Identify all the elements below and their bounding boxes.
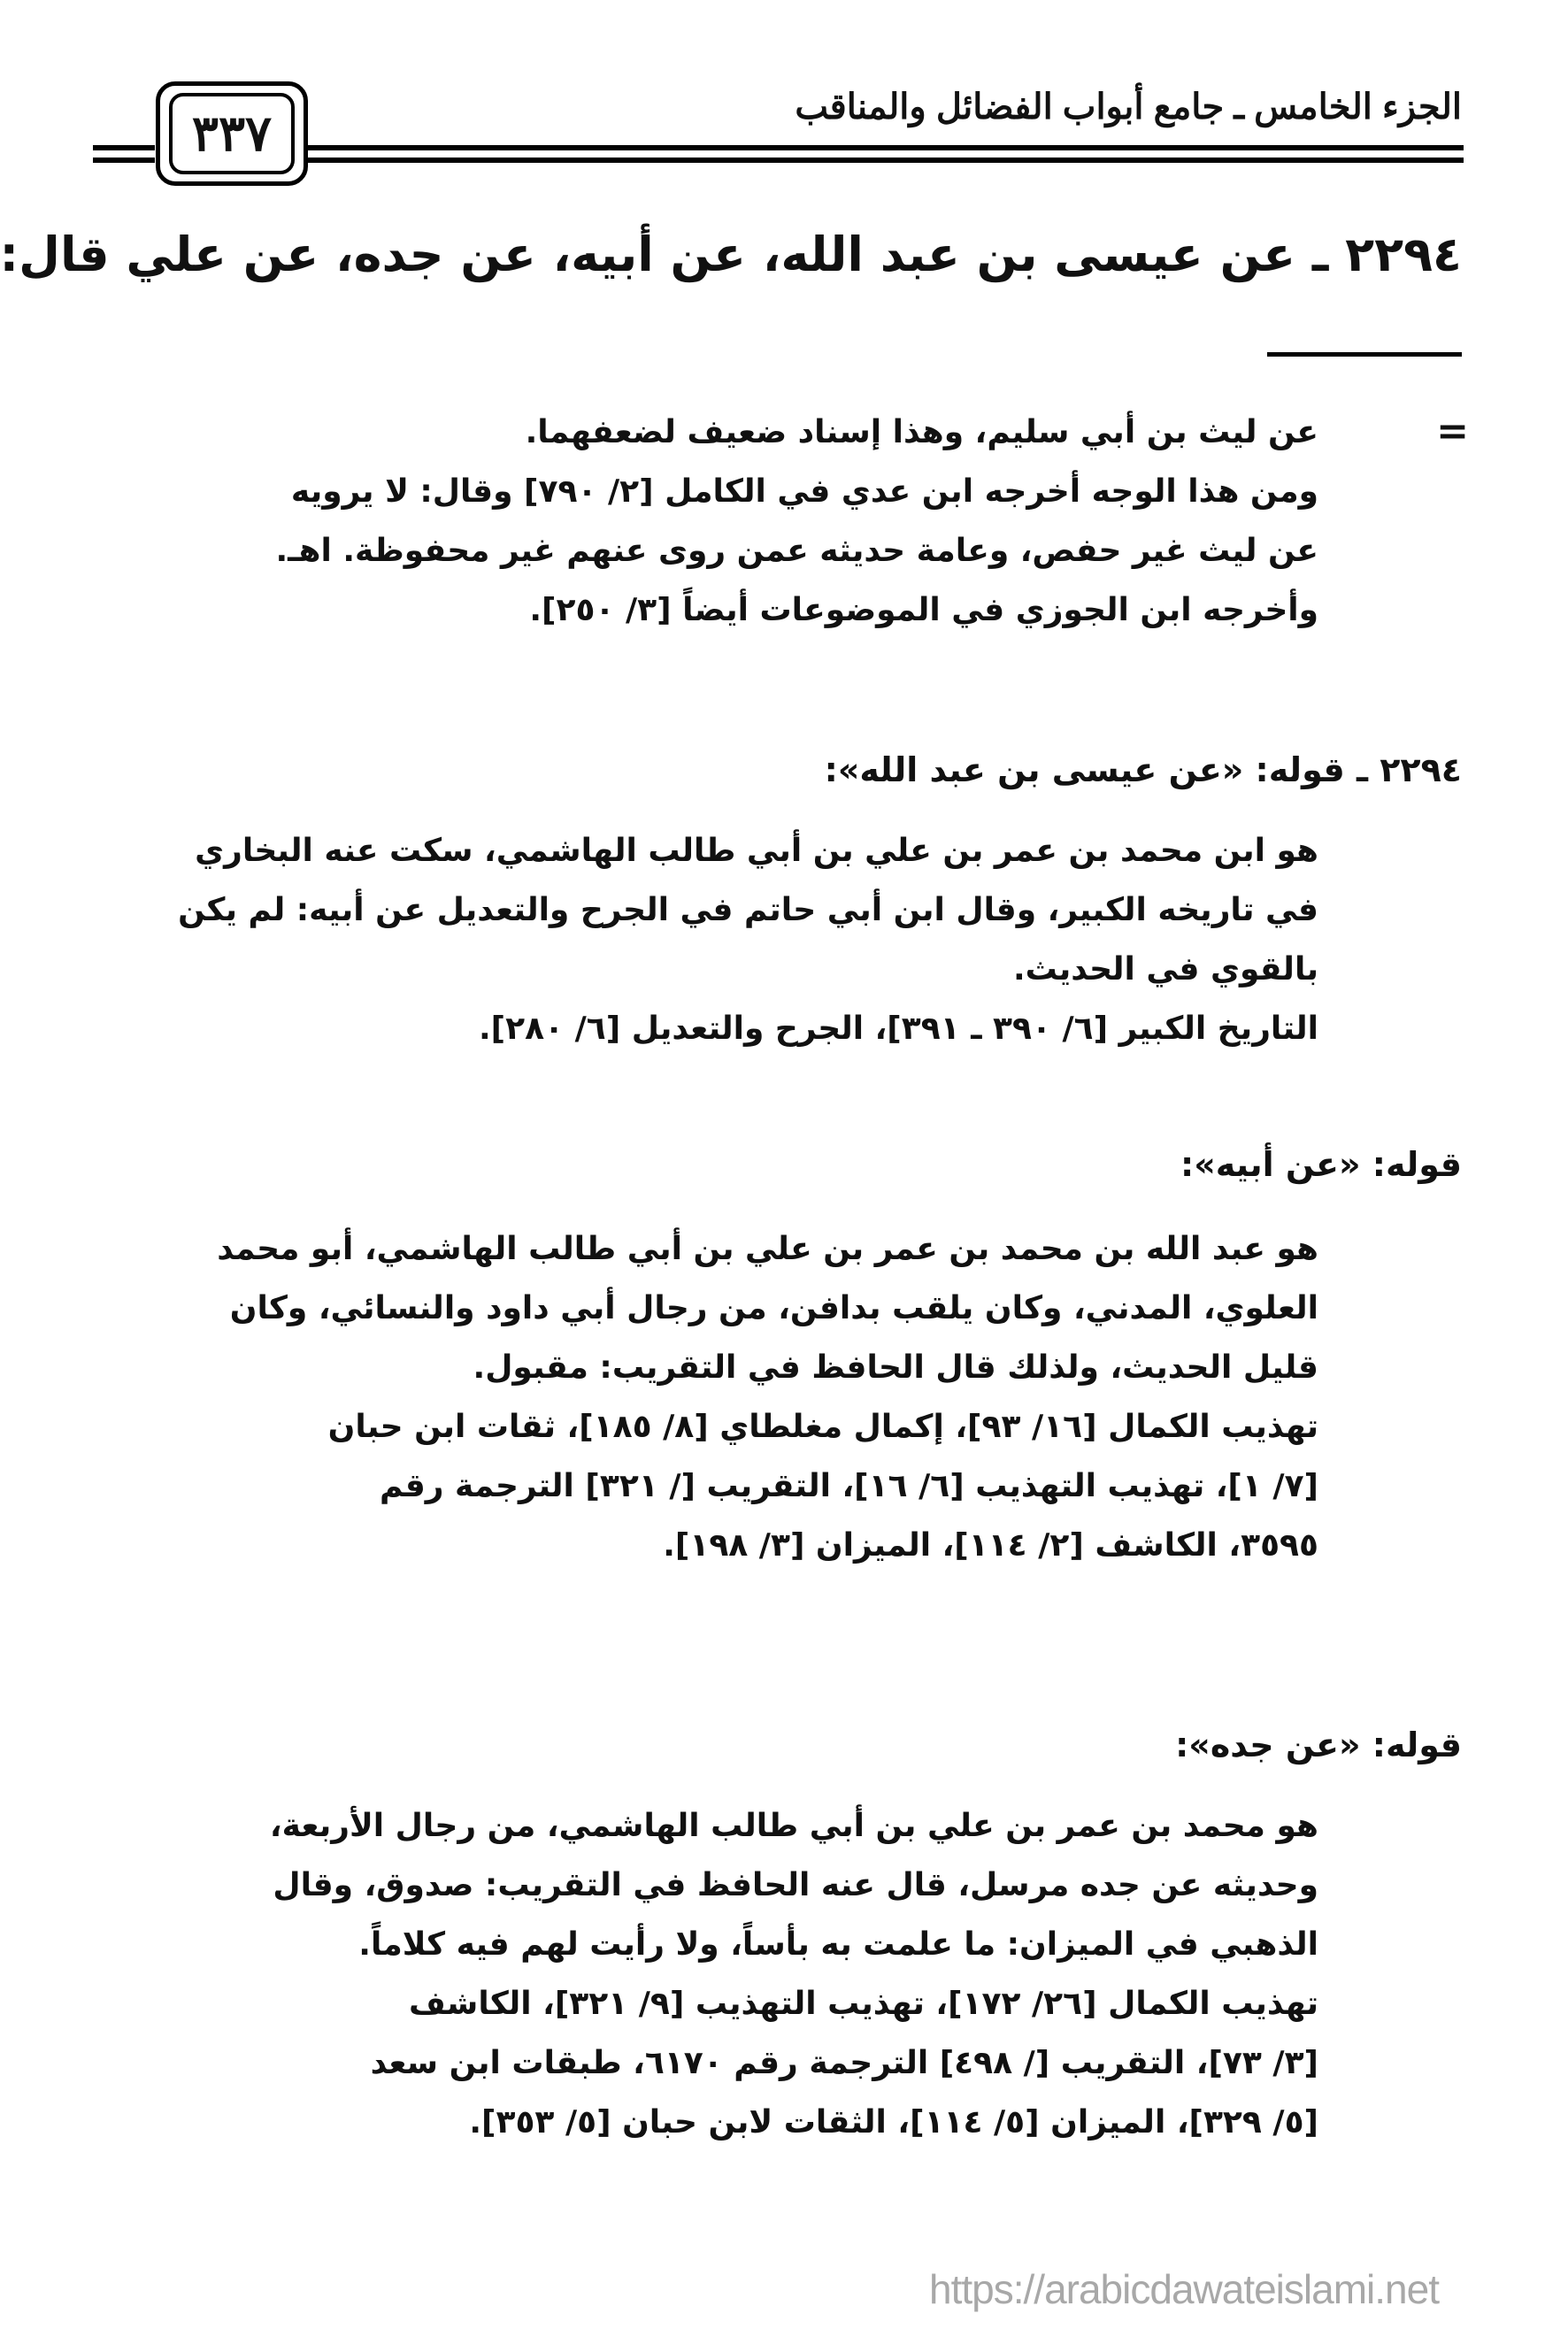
watermark-url: https://arabicdawateislami.net: [929, 2265, 1439, 2313]
header-rule: [93, 158, 155, 163]
text-line: عن ليث بن أبي سليم، وهذا إسناد ضعيف لضعف…: [97, 403, 1318, 462]
section-heading: قوله: «عن جده»:: [1175, 1726, 1462, 1764]
header-rule: [93, 145, 155, 150]
footnote-separator: [1267, 352, 1462, 357]
text-line: قليل الحديث، ولذلك قال الحافظ في التقريب…: [97, 1338, 1318, 1397]
text-line: عن ليث غير حفص، وعامة حديثه عمن روى عنهم…: [97, 521, 1318, 580]
book-page: الجزء الخامس ـ جامع أبواب الفضائل والمنا…: [0, 0, 1568, 2329]
footnote-paragraph: عن ليث بن أبي سليم، وهذا إسناد ضعيف لضعف…: [97, 403, 1318, 640]
text-line: ومن هذا الوجه أخرجه ابن عدي في الكامل [٢…: [97, 462, 1318, 521]
text-line: وحديثه عن جده مرسل، قال عنه الحافظ في ال…: [97, 1856, 1318, 1915]
hadith-text: ٢٢٩٤ ـ عن عيسى بن عبد الله، عن أبيه، عن …: [0, 227, 1462, 282]
page-number: ٣٣٧: [169, 93, 295, 174]
running-title: الجزء الخامس ـ جامع أبواب الفضائل والمنا…: [795, 87, 1462, 127]
section-paragraph: هو ابن محمد بن عمر بن علي بن أبي طالب ال…: [97, 821, 1318, 1058]
section-heading: قوله: «عن أبيه»:: [1180, 1145, 1462, 1184]
page-number-frame: ٣٣٧: [156, 81, 308, 186]
text-line: هو عبد الله بن محمد بن عمر بن علي بن أبي…: [97, 1219, 1318, 1279]
section-paragraph: هو عبد الله بن محمد بن عمر بن علي بن أبي…: [97, 1219, 1318, 1575]
text-line: التاريخ الكبير [٦/ ٣٩٠ ـ ٣٩١]، الجرح وال…: [97, 999, 1318, 1058]
section-heading: ٢٢٩٤ ـ قوله: «عن عيسى بن عبد الله»:: [825, 750, 1462, 789]
header-rule: [301, 158, 1464, 163]
text-line: ٣٥٩٥، الكاشف [٢/ ١١٤]، الميزان [٣/ ١٩٨].: [97, 1516, 1318, 1575]
text-line: [٥/ ٣٢٩]، الميزان [٥/ ١١٤]، الثقات لابن …: [97, 2093, 1318, 2152]
text-line: في تاريخه الكبير، وقال ابن أبي حاتم في ا…: [97, 880, 1318, 940]
text-line: الذهبي في الميزان: ما علمت به بأساً، ولا…: [97, 1915, 1318, 1974]
text-line: هو محمد بن عمر بن علي بن أبي طالب الهاشم…: [97, 1796, 1318, 1856]
text-line: تهذيب الكمال [١٦/ ٩٣]، إكمال مغلطاي [٨/ …: [97, 1397, 1318, 1457]
text-line: [٧/ ١]، تهذيب التهذيب [٦/ ١٦]، التقريب […: [97, 1457, 1318, 1516]
text-line: العلوي، المدني، وكان يلقب بدافن، من رجال…: [97, 1279, 1318, 1338]
text-line: [٣/ ٧٣]، التقريب [/ ٤٩٨] الترجمة رقم ٦١٧…: [97, 2033, 1318, 2093]
section-paragraph: هو محمد بن عمر بن علي بن أبي طالب الهاشم…: [97, 1796, 1318, 2152]
text-line: بالقوي في الحديث.: [97, 940, 1318, 999]
continuation-mark: =: [1436, 409, 1469, 454]
text-line: وأخرجه ابن الجوزي في الموضوعات أيضاً [٣/…: [97, 580, 1318, 640]
text-line: هو ابن محمد بن عمر بن علي بن أبي طالب ال…: [97, 821, 1318, 880]
text-line: تهذيب الكمال [٢٦/ ١٧٢]، تهذيب التهذيب [٩…: [97, 1974, 1318, 2033]
header-rule: [301, 145, 1464, 150]
